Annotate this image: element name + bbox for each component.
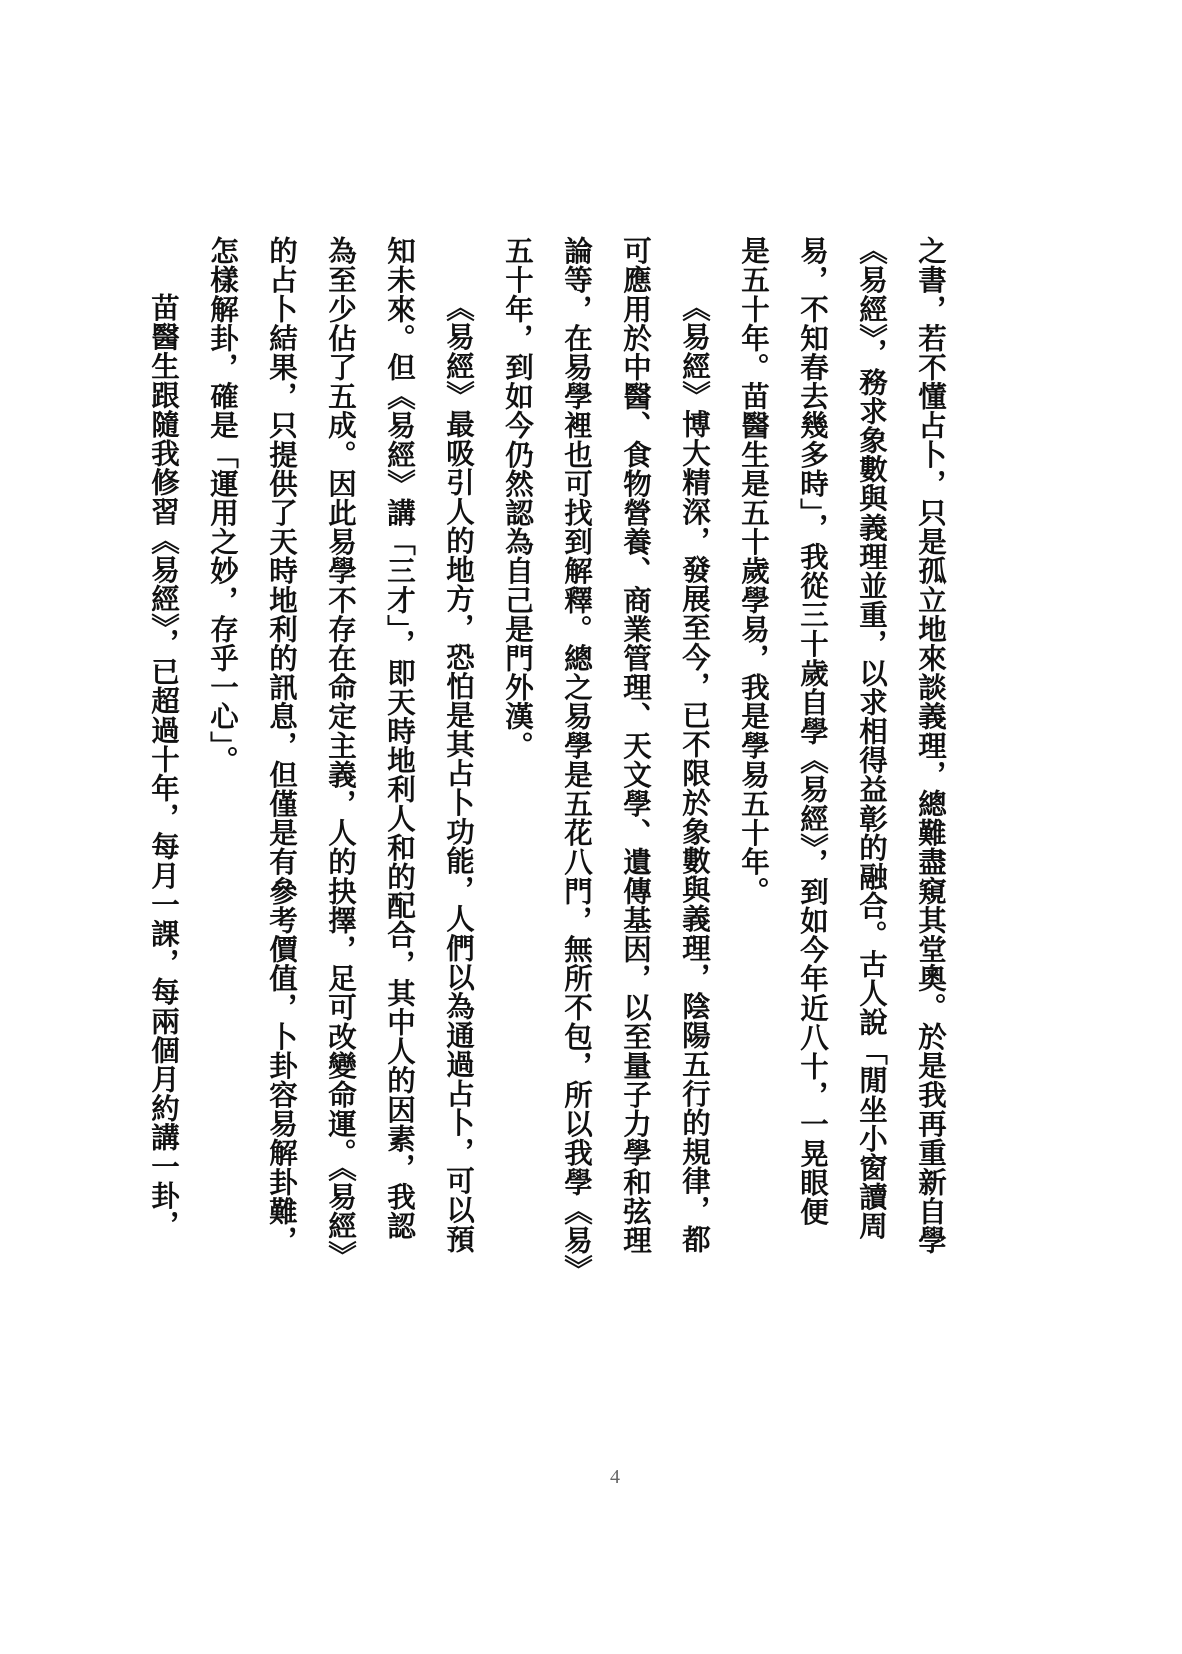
text-column: 的占卜結果，只提供了天時地利的訊息，但僅是有參考價值，卜卦容易解卦難， <box>252 236 311 1246</box>
paragraph-start-column: 苗醫生跟隨我修習《易經》，已超過十年，每月一課，每兩個月約講一卦， <box>134 236 193 1246</box>
text-column: 五十年，到如今仍然認為自己是門外漢。 <box>488 236 547 1246</box>
text-column: 怎樣解卦，確是「運用之妙，存乎一心」。 <box>193 236 252 1246</box>
page-number: 4 <box>610 1466 620 1489</box>
text-column: 《易經》，務求象數與義理並重，以求相得益彰的融合。古人說「閒坐小窗讀周 <box>842 236 901 1246</box>
text-column: 為至少佔了五成。因此易學不存在命定主義，人的抉擇，足可改變命運。《易經》 <box>311 236 370 1246</box>
document-page: 之書，若不懂占卜，只是孤立地來談義理，總難盡窺其堂奧。於是我再重新自學 《易經》… <box>0 0 1182 1654</box>
text-column: 論等，在易學裡也可找到解釋。總之易學是五花八門，無所不包，所以我學《易》 <box>547 236 606 1246</box>
paragraph-start-column: 《易經》博大精深，發展至今，已不限於象數與義理，陰陽五行的規律，都 <box>665 236 724 1246</box>
text-column: 知未來。但《易經》講「三才」，即天時地利人和的配合，其中人的因素，我認 <box>370 236 429 1246</box>
text-column: 可應用於中醫、食物營養、商業管理、天文學、遺傳基因，以至量子力學和弦理 <box>606 236 665 1246</box>
text-column: 易，不知春去幾多時」，我從三十歲自學《易經》，到如今年近八十，一晃眼便 <box>783 236 842 1246</box>
vertical-text-body: 之書，若不懂占卜，只是孤立地來談義理，總難盡窺其堂奧。於是我再重新自學 《易經》… <box>134 236 960 1246</box>
text-column: 之書，若不懂占卜，只是孤立地來談義理，總難盡窺其堂奧。於是我再重新自學 <box>901 236 960 1246</box>
text-column: 是五十年。苗醫生是五十歲學易，我是學易五十年。 <box>724 236 783 1246</box>
paragraph-start-column: 《易經》最吸引人的地方，恐怕是其占卜功能，人們以為通過占卜，可以預 <box>429 236 488 1246</box>
